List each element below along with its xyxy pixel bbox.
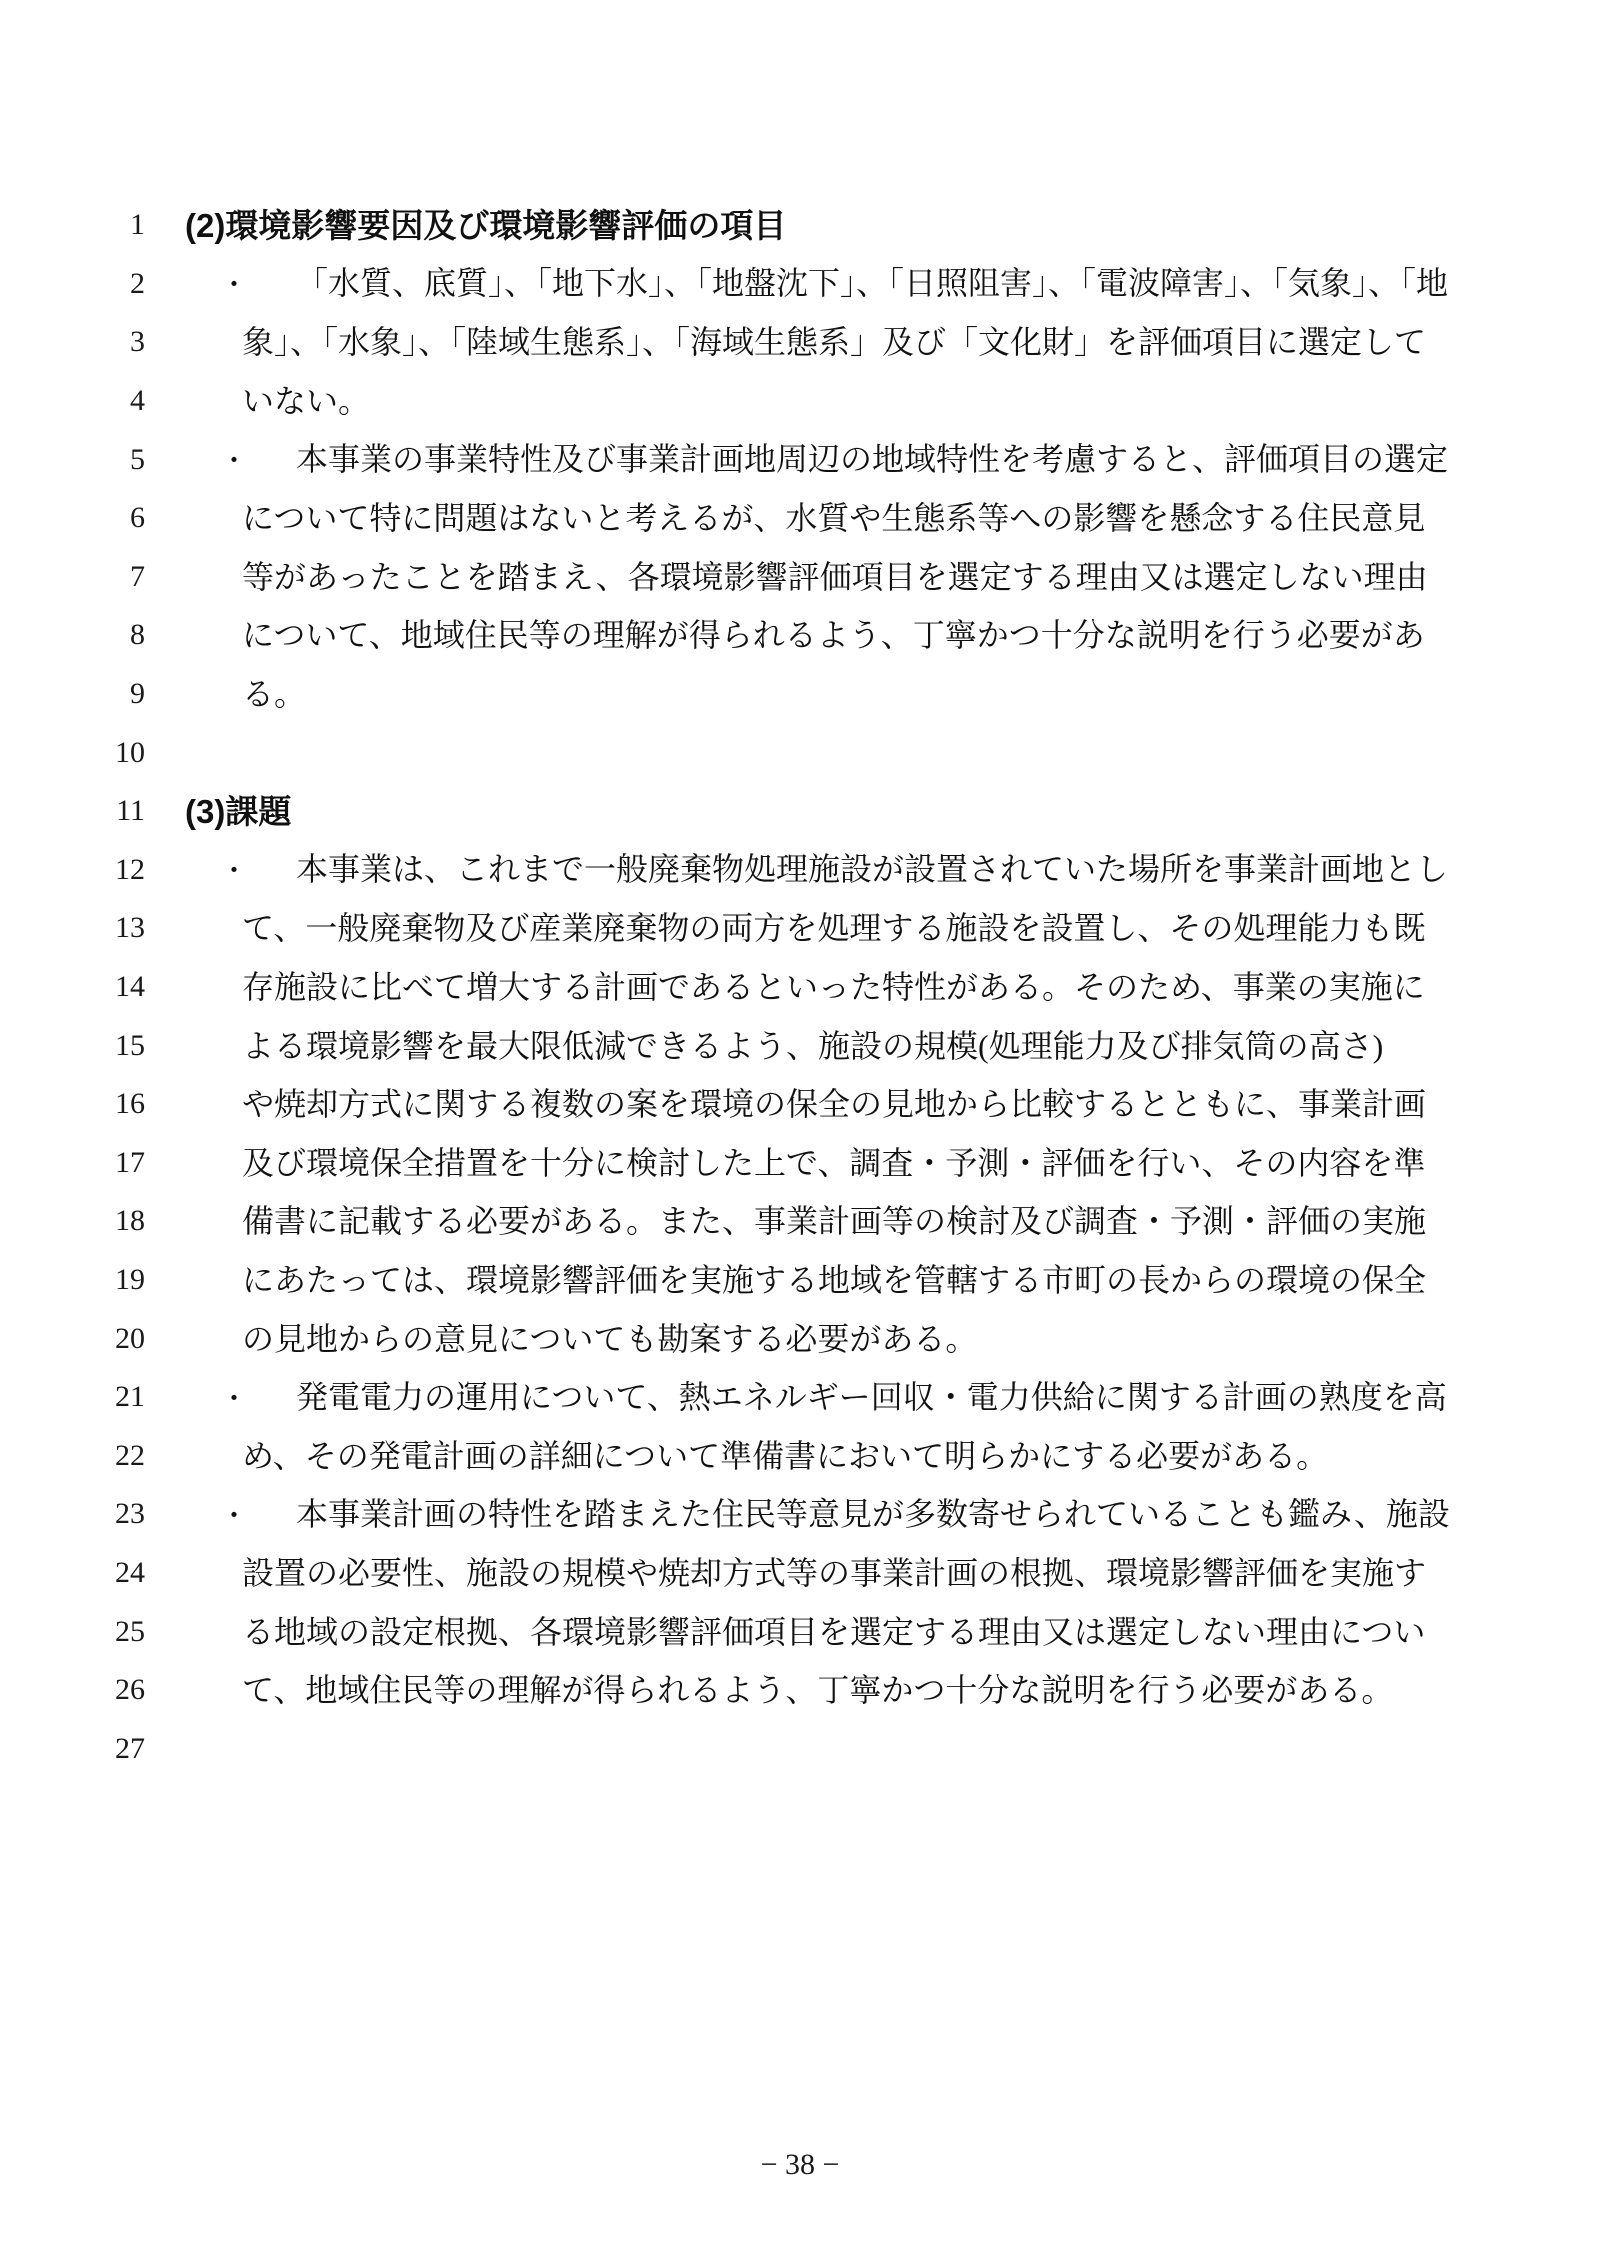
document-line: 4 いない。 [80, 372, 1520, 431]
line-text: て、地域住民等の理解が得られるよう、丁寧かつ十分な説明を行う必要がある。 [242, 1672, 1393, 1708]
document-line: 27 [80, 1719, 1520, 1778]
document-line: 19 にあたっては、環境影響評価を実施する地域を管轄する市町の長からの環境の保全 [80, 1251, 1520, 1310]
document-line: 14 存施設に比べて増大する計画であるといった特性がある。そのため、事業の実施に [80, 958, 1520, 1017]
line-number: 4 [80, 384, 145, 418]
document-line: 2 ・ 「水質、底質」、「地下水」、「地盤沈下」、「日照阻害」、「電波障害」、「… [80, 255, 1520, 314]
line-content: 象」、「水象」、「陸域生態系」、「海域生態系」及び「文化財」を評価項目に選定して [145, 326, 1520, 358]
line-content: について、地域住民等の理解が得られるよう、丁寧かつ十分な説明を行う必要があ [145, 619, 1520, 651]
line-number: 19 [80, 1263, 145, 1297]
line-content: ・ 本事業の事業特性及び事業計画地周辺の地域特性を考慮すると、評価項目の選定 [145, 443, 1520, 476]
document-line: 18 備書に記載する必要がある。また、事業計画等の検討及び調査・予測・評価の実施 [80, 1192, 1520, 1251]
page-number: − 38 − [0, 2148, 1600, 2182]
line-number: 9 [80, 677, 145, 711]
document-body: 1 (2)環境影響要因及び環境影響評価の項目 2 ・ 「水質、底質」、「地下水」… [80, 196, 1520, 1778]
line-number: 20 [80, 1322, 145, 1356]
line-content: め、その発電計画の詳細について準備書において明らかにする必要がある。 [145, 1440, 1520, 1472]
line-number: 1 [80, 208, 145, 242]
line-content: ・ 「水質、底質」、「地下水」、「地盤沈下」、「日照阻害」、「電波障害」、「気象… [145, 267, 1520, 300]
bullet-icon: ・ [220, 1503, 288, 1531]
document-line: 7 等があったことを踏まえ、各環境影響評価項目を選定する理由又は選定しない理由 [80, 548, 1520, 607]
line-content: よる環境影響を最大限低減できるよう、施設の規模(処理能力及び排気筒の高さ) [145, 1030, 1520, 1062]
line-text: (3)課題 [185, 793, 291, 830]
line-content: 存施設に比べて増大する計画であるといった特性がある。そのため、事業の実施に [145, 971, 1520, 1003]
line-text: 本事業は、これまで一般廃棄物処理施設が設置されていた場所を事業計画地とし [296, 851, 1448, 887]
bullet-icon: ・ [220, 858, 288, 886]
line-number: 15 [80, 1029, 145, 1063]
line-number: 12 [80, 853, 145, 887]
line-number: 24 [80, 1556, 145, 1590]
document-line: 21 ・ 発電電力の運用について、熱エネルギー回収・電力供給に関する計画の熟度を… [80, 1368, 1520, 1427]
line-number: 3 [80, 325, 145, 359]
document-line: 25 る地域の設定根拠、各環境影響評価項目を選定する理由又は選定しない理由につい [80, 1602, 1520, 1661]
line-number: 6 [80, 501, 145, 535]
line-content: ・ 発電電力の運用について、熱エネルギー回収・電力供給に関する計画の熟度を高 [145, 1381, 1520, 1414]
line-content: て、一般廃棄物及び産業廃棄物の両方を処理する施設を設置し、その処理能力も既 [145, 912, 1520, 944]
document-line: 9 る。 [80, 665, 1520, 724]
line-number: 26 [80, 1673, 145, 1707]
document-line: 17 及び環境保全措置を十分に検討した上で、調査・予測・評価を行い、その内容を準 [80, 1134, 1520, 1193]
line-content: ・ 本事業は、これまで一般廃棄物処理施設が設置されていた場所を事業計画地とし [145, 853, 1520, 886]
line-number: 7 [80, 560, 145, 594]
line-number: 27 [80, 1732, 145, 1766]
line-text: 設置の必要性、施設の規模や焼却方式等の事業計画の根拠、環境影響評価を実施す [242, 1555, 1426, 1591]
document-line: 16 や焼却方式に関する複数の案を環境の保全の見地から比較するとともに、事業計画 [80, 1075, 1520, 1134]
document-line: 12 ・ 本事業は、これまで一般廃棄物処理施設が設置されていた場所を事業計画地と… [80, 841, 1520, 900]
line-content: (2)環境影響要因及び環境影響評価の項目 [145, 209, 1520, 242]
document-line: 5 ・ 本事業の事業特性及び事業計画地周辺の地域特性を考慮すると、評価項目の選定 [80, 430, 1520, 489]
line-number: 21 [80, 1380, 145, 1414]
document-line: 15 よる環境影響を最大限低減できるよう、施設の規模(処理能力及び排気筒の高さ) [80, 1016, 1520, 1075]
document-line: 20 の見地からの意見についても勘案する必要がある。 [80, 1309, 1520, 1368]
line-number: 13 [80, 911, 145, 945]
line-text: (2)環境影響要因及び環境影響評価の項目 [185, 207, 786, 244]
line-text: 本事業計画の特性を踏まえた住民等意見が多数寄せられていることも鑑み、施設 [296, 1496, 1450, 1532]
line-number: 25 [80, 1615, 145, 1649]
line-content: (3)課題 [145, 795, 1520, 828]
document-line: 23 ・ 本事業計画の特性を踏まえた住民等意見が多数寄せられていることも鑑み、施… [80, 1485, 1520, 1544]
line-content: ・ 本事業計画の特性を踏まえた住民等意見が多数寄せられていることも鑑み、施設 [145, 1498, 1520, 1531]
line-number: 18 [80, 1204, 145, 1238]
line-number: 14 [80, 970, 145, 1004]
line-text: て、一般廃棄物及び産業廃棄物の両方を処理する施設を設置し、その処理能力も既 [242, 910, 1425, 946]
line-text: 備書に記載する必要がある。また、事業計画等の検討及び調査・予測・評価の実施 [242, 1203, 1426, 1239]
line-text: よる環境影響を最大限低減できるよう、施設の規模(処理能力及び排気筒の高さ) [242, 1028, 1383, 1064]
line-content: る地域の設定根拠、各環境影響評価項目を選定する理由又は選定しない理由につい [145, 1616, 1520, 1648]
line-content: の見地からの意見についても勘案する必要がある。 [145, 1323, 1520, 1355]
line-number: 17 [80, 1146, 145, 1180]
line-number: 2 [80, 267, 145, 301]
line-content: る。 [145, 678, 1520, 710]
document-line: 26 て、地域住民等の理解が得られるよう、丁寧かつ十分な説明を行う必要がある。 [80, 1661, 1520, 1720]
document-page: 1 (2)環境影響要因及び環境影響評価の項目 2 ・ 「水質、底質」、「地下水」… [0, 0, 1600, 2263]
line-text: 及び環境保全措置を十分に検討した上で、調査・予測・評価を行い、その内容を準 [242, 1145, 1425, 1181]
line-text: 象」、「水象」、「陸域生態系」、「海域生態系」及び「文化財」を評価項目に選定して [242, 324, 1426, 360]
line-number: 16 [80, 1087, 145, 1121]
line-text: 等があったことを踏まえ、各環境影響評価項目を選定する理由又は選定しない理由 [242, 559, 1428, 595]
document-line: 13 て、一般廃棄物及び産業廃棄物の両方を処理する施設を設置し、その処理能力も既 [80, 899, 1520, 958]
line-content: や焼却方式に関する複数の案を環境の保全の見地から比較するとともに、事業計画 [145, 1088, 1520, 1120]
bullet-icon: ・ [220, 272, 288, 300]
line-text: 本事業の事業特性及び事業計画地周辺の地域特性を考慮すると、評価項目の選定 [296, 441, 1448, 477]
line-text: る地域の設定根拠、各環境影響評価項目を選定する理由又は選定しない理由につい [242, 1614, 1425, 1650]
line-text: 「水質、底質」、「地下水」、「地盤沈下」、「日照阻害」、「電波障害」、「気象」、… [296, 265, 1448, 301]
line-text: め、その発電計画の詳細について準備書において明らかにする必要がある。 [242, 1438, 1328, 1474]
document-line: 11 (3)課題 [80, 782, 1520, 841]
bullet-icon: ・ [220, 1386, 288, 1414]
line-number: 11 [80, 794, 145, 828]
line-number: 8 [80, 618, 145, 652]
line-number: 23 [80, 1497, 145, 1531]
line-number: 5 [80, 443, 145, 477]
line-text: 発電電力の運用について、熱エネルギー回収・電力供給に関する計画の熟度を高 [296, 1379, 1447, 1415]
document-line: 24 設置の必要性、施設の規模や焼却方式等の事業計画の根拠、環境影響評価を実施す [80, 1544, 1520, 1603]
document-line: 1 (2)環境影響要因及び環境影響評価の項目 [80, 196, 1520, 255]
document-line: 3 象」、「水象」、「陸域生態系」、「海域生態系」及び「文化財」を評価項目に選定… [80, 313, 1520, 372]
line-content: 備書に記載する必要がある。また、事業計画等の検討及び調査・予測・評価の実施 [145, 1205, 1520, 1237]
line-content: について特に問題はないと考えるが、水質や生態系等への影響を懸念する住民意見 [145, 502, 1520, 534]
line-content: にあたっては、環境影響評価を実施する地域を管轄する市町の長からの環境の保全 [145, 1264, 1520, 1296]
line-content: 設置の必要性、施設の規模や焼却方式等の事業計画の根拠、環境影響評価を実施す [145, 1557, 1520, 1589]
document-line: 8 について、地域住民等の理解が得られるよう、丁寧かつ十分な説明を行う必要があ [80, 606, 1520, 665]
bullet-icon: ・ [220, 448, 288, 476]
line-content: て、地域住民等の理解が得られるよう、丁寧かつ十分な説明を行う必要がある。 [145, 1674, 1520, 1706]
line-text: の見地からの意見についても勘案する必要がある。 [242, 1321, 977, 1357]
line-text: について特に問題はないと考えるが、水質や生態系等への影響を懸念する住民意見 [242, 500, 1425, 536]
line-content: いない。 [145, 385, 1520, 417]
line-text: 存施設に比べて増大する計画であるといった特性がある。そのため、事業の実施に [242, 969, 1425, 1005]
line-number: 10 [80, 736, 145, 770]
line-text: る。 [242, 676, 306, 712]
document-line: 6 について特に問題はないと考えるが、水質や生態系等への影響を懸念する住民意見 [80, 489, 1520, 548]
line-text: いない。 [242, 383, 370, 419]
document-line: 22 め、その発電計画の詳細について準備書において明らかにする必要がある。 [80, 1426, 1520, 1485]
line-content: 及び環境保全措置を十分に検討した上で、調査・予測・評価を行い、その内容を準 [145, 1147, 1520, 1179]
document-line: 10 [80, 723, 1520, 782]
line-text: について、地域住民等の理解が得られるよう、丁寧かつ十分な説明を行う必要があ [242, 617, 1425, 653]
line-content: 等があったことを踏まえ、各環境影響評価項目を選定する理由又は選定しない理由 [145, 561, 1520, 593]
line-text: や焼却方式に関する複数の案を環境の保全の見地から比較するとともに、事業計画 [242, 1086, 1426, 1122]
line-number: 22 [80, 1439, 145, 1473]
line-text: にあたっては、環境影響評価を実施する地域を管轄する市町の長からの環境の保全 [242, 1262, 1426, 1298]
